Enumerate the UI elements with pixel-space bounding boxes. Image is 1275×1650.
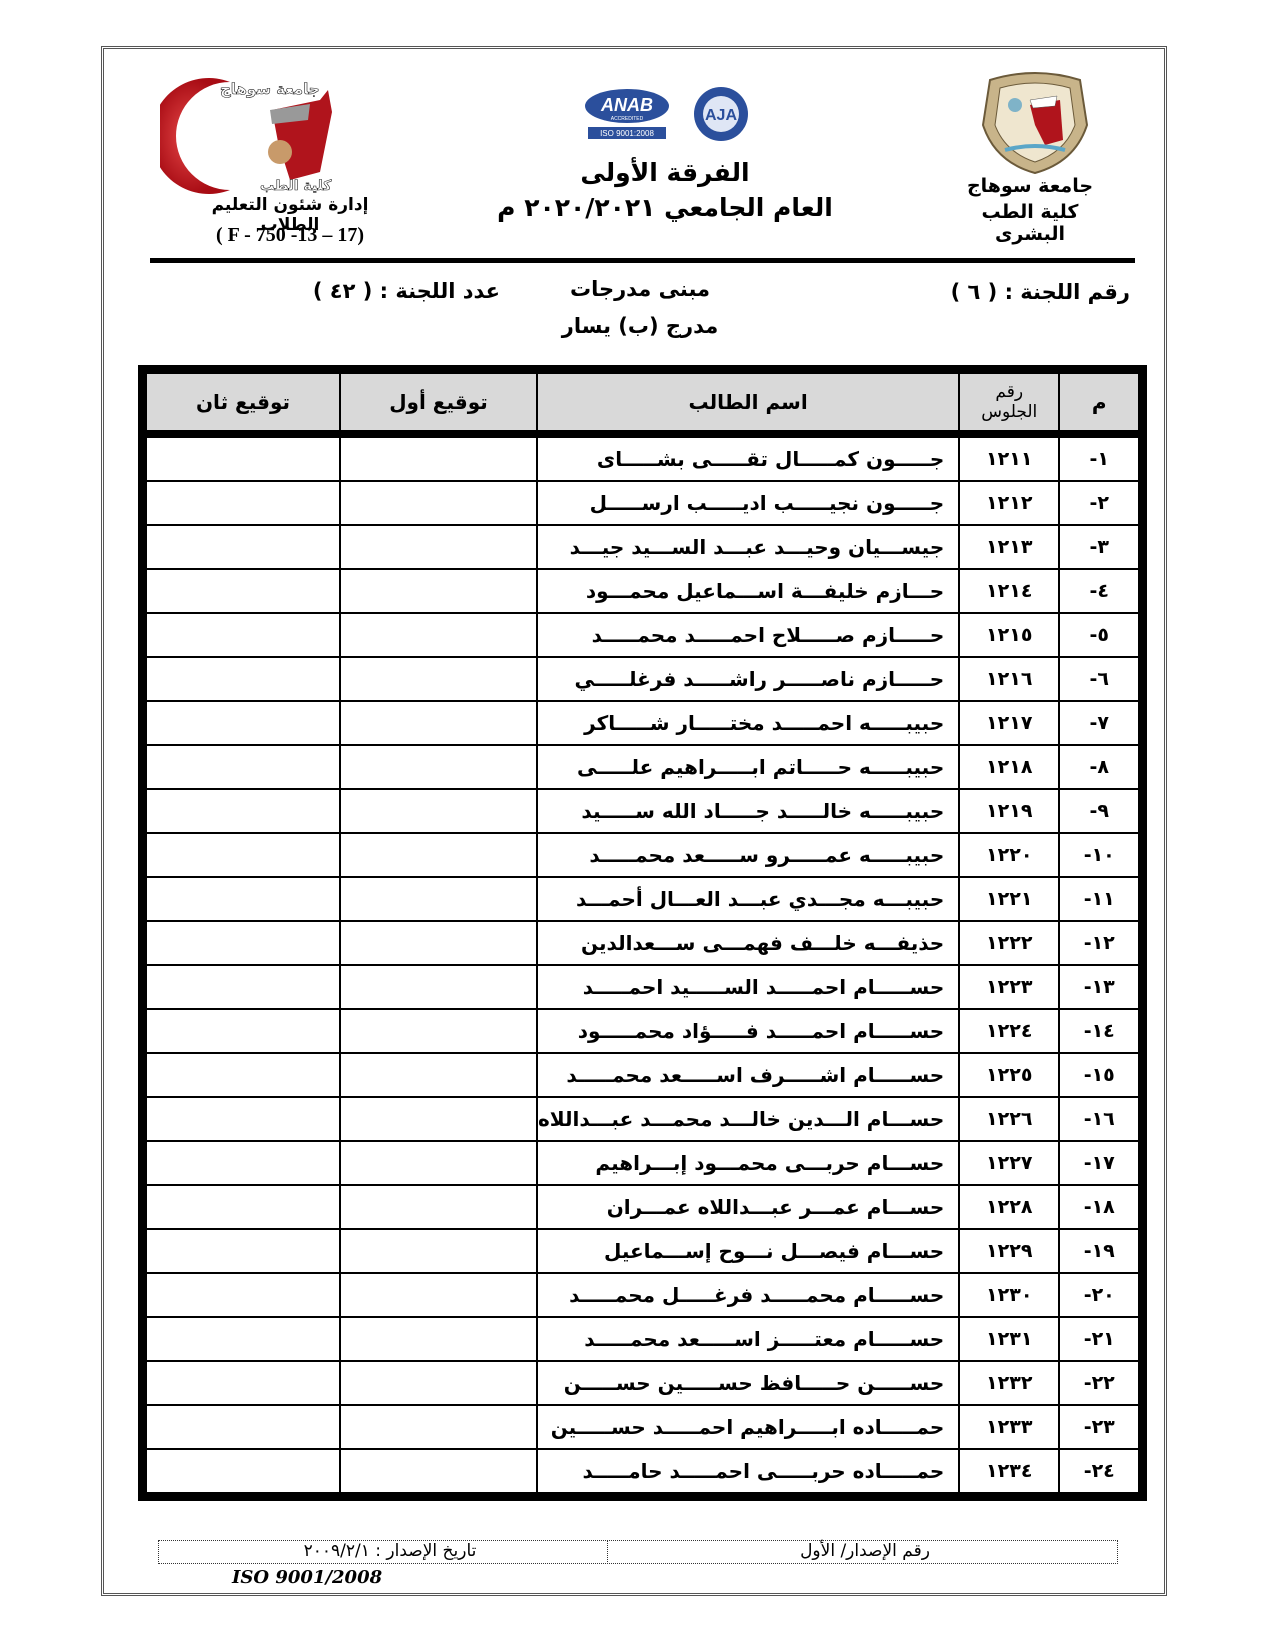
row-signature1[interactable] <box>340 657 537 701</box>
row-index: ١٧- <box>1059 1141 1143 1185</box>
table-row: ٥-١٢١٥حـــــازم صـــــلاح احمـــــد محمـ… <box>143 613 1143 657</box>
row-index: ٢٠- <box>1059 1273 1143 1317</box>
row-signature1[interactable] <box>340 1141 537 1185</box>
row-student-name: حمـــــاده حربـــــى احمـــــد حامـــــد <box>537 1449 959 1497</box>
iso-label: ISO 9001/2008 <box>232 1567 382 1588</box>
row-seat-number: ١٢١٧ <box>959 701 1059 745</box>
row-signature2[interactable] <box>143 833 341 877</box>
svg-text:AJA: AJA <box>705 107 737 124</box>
form-code: ( F - 750 -13 – 17) <box>185 224 395 247</box>
row-signature2[interactable] <box>143 434 341 481</box>
table-row: ١٠-١٢٢٠حبيبـــــه عمـــــرو ســـــعد محم… <box>143 833 1143 877</box>
row-seat-number: ١٢٣٢ <box>959 1361 1059 1405</box>
faculty-of-medicine-logo: جامعة سوهاج كلية الطب <box>160 72 350 197</box>
row-seat-number: ١٢٢١ <box>959 877 1059 921</box>
row-signature2[interactable] <box>143 1097 341 1141</box>
row-seat-number: ١٢٣٠ <box>959 1273 1059 1317</box>
footer-divider <box>607 1540 608 1564</box>
row-signature1[interactable] <box>340 434 537 481</box>
row-signature2[interactable] <box>143 789 341 833</box>
table-row: ٢٤-١٢٣٤حمـــــاده حربـــــى احمـــــد حا… <box>143 1449 1143 1497</box>
row-student-name: حذيفـــه خلـــف فهمـــى ســـعدالدين <box>537 921 959 965</box>
table-row: ١٩-١٢٢٩حســـام فيصـــل نـــوح إســـماعيل <box>143 1229 1143 1273</box>
row-seat-number: ١٢٢٨ <box>959 1185 1059 1229</box>
faculty-name: كلية الطب البشرى <box>945 201 1115 245</box>
row-seat-number: ١٢١٤ <box>959 569 1059 613</box>
col-header-seat: رقم الجلوس <box>959 370 1059 435</box>
table-row: ١٤-١٢٢٤حســـــام احمـــــد فـــــؤاد محم… <box>143 1009 1143 1053</box>
row-seat-number: ١٢٢٣ <box>959 965 1059 1009</box>
row-seat-number: ١٢٢٧ <box>959 1141 1059 1185</box>
row-signature2[interactable] <box>143 1449 341 1497</box>
row-signature2[interactable] <box>143 1361 341 1405</box>
row-student-name: حبيبـــــه خالـــــد جـــــاد الله ســــ… <box>537 789 959 833</box>
issue-date: تاريخ الإصدار : ٢٠٠٩/٢/١ <box>200 1541 580 1561</box>
row-signature1[interactable] <box>340 1405 537 1449</box>
row-seat-number: ١٢٢٥ <box>959 1053 1059 1097</box>
row-index: ٥- <box>1059 613 1143 657</box>
row-seat-number: ١٢٣٣ <box>959 1405 1059 1449</box>
row-signature1[interactable] <box>340 481 537 525</box>
row-index: ١٣- <box>1059 965 1143 1009</box>
row-student-name: حمـــــاده ابـــــراهيم احمـــــد حســــ… <box>537 1405 959 1449</box>
row-index: ٢٣- <box>1059 1405 1143 1449</box>
row-index: ٧- <box>1059 701 1143 745</box>
col-header-signature1: توقيع أول <box>340 370 537 435</box>
col-header-index: م <box>1059 370 1143 435</box>
row-index: ١٦- <box>1059 1097 1143 1141</box>
row-signature1[interactable] <box>340 965 537 1009</box>
row-seat-number: ١٢١٦ <box>959 657 1059 701</box>
row-student-name: حـــازم خليفـــة اســـماعيل محمـــود <box>537 569 959 613</box>
row-student-name: حبيبـــــه احمـــــد مختـــــار شـــــاك… <box>537 701 959 745</box>
table-row: ٤-١٢١٤حـــازم خليفـــة اســـماعيل محمـــ… <box>143 569 1143 613</box>
row-signature2[interactable] <box>143 921 341 965</box>
university-name: جامعة سوهاج <box>955 175 1105 197</box>
row-student-name: حســـام حربـــى محمـــود إبـــراهيم <box>537 1141 959 1185</box>
row-signature2[interactable] <box>143 657 341 701</box>
row-student-name: حبيبـــه مجـــدي عبـــد العـــال أحمـــد <box>537 877 959 921</box>
row-signature2[interactable] <box>143 1273 341 1317</box>
svg-text:ANAB: ANAB <box>600 95 653 115</box>
col-header-seat-line1: رقم <box>960 382 1058 402</box>
row-index: ١٩- <box>1059 1229 1143 1273</box>
table-row: ٢٣-١٢٣٣حمـــــاده ابـــــراهيم احمـــــد… <box>143 1405 1143 1449</box>
row-seat-number: ١٢١٥ <box>959 613 1059 657</box>
row-seat-number: ١٢٢٦ <box>959 1097 1059 1141</box>
table-row: ١٣-١٢٢٣حســـــام احمـــــد الســـــيد اح… <box>143 965 1143 1009</box>
sohag-university-emblem <box>975 70 1095 175</box>
row-signature1[interactable] <box>340 1317 537 1361</box>
col-header-seat-line2: الجلوس <box>960 402 1058 422</box>
aja-badge: AJA <box>683 85 759 143</box>
row-seat-number: ١٢٢٩ <box>959 1229 1059 1273</box>
row-signature2[interactable] <box>143 1053 341 1097</box>
row-signature1[interactable] <box>340 1053 537 1097</box>
row-signature1[interactable] <box>340 613 537 657</box>
row-index: ٤- <box>1059 569 1143 613</box>
table-row: ٧-١٢١٧حبيبـــــه احمـــــد مختـــــار شـ… <box>143 701 1143 745</box>
row-seat-number: ١٢٢٠ <box>959 833 1059 877</box>
academic-year: العام الجامعي ٢٠٢٠/٢٠٢١ م <box>480 193 850 222</box>
row-signature1[interactable] <box>340 1097 537 1141</box>
row-index: ١- <box>1059 434 1143 481</box>
row-index: ١٨- <box>1059 1185 1143 1229</box>
table-row: ٩-١٢١٩حبيبـــــه خالـــــد جـــــاد الله… <box>143 789 1143 833</box>
row-student-name: حســـــام اشـــــرف اســـــعد محمـــــد <box>537 1053 959 1097</box>
table-row: ١٢-١٢٢٢حذيفـــه خلـــف فهمـــى ســـعدالد… <box>143 921 1143 965</box>
col-header-name: اسم الطالب <box>537 370 959 435</box>
row-signature1[interactable] <box>340 745 537 789</box>
row-seat-number: ١٢٢٤ <box>959 1009 1059 1053</box>
row-index: ١٤- <box>1059 1009 1143 1053</box>
col-header-signature2: توقيع ثان <box>143 370 341 435</box>
row-student-name: حســـــام معتـــــز اســـــعد محمـــــد <box>537 1317 959 1361</box>
table-row: ١٦-١٢٢٦حســـام الـــدين خالـــد محمـــد … <box>143 1097 1143 1141</box>
table-row: ١-١٢١١جـــــون كمـــــال تقـــــى بشــــ… <box>143 434 1143 481</box>
row-signature1[interactable] <box>340 1185 537 1229</box>
row-signature2[interactable] <box>143 569 341 613</box>
row-index: ١٢- <box>1059 921 1143 965</box>
table-header-row: م رقم الجلوس اسم الطالب توقيع أول توقيع … <box>143 370 1143 435</box>
row-seat-number: ١٢٢٢ <box>959 921 1059 965</box>
row-signature1[interactable] <box>340 1361 537 1405</box>
svg-text:ACCREDITED: ACCREDITED <box>611 116 644 122</box>
row-seat-number: ١٢١٣ <box>959 525 1059 569</box>
row-student-name: حســـــن حـــــافظ حســـــين حســـــن <box>537 1361 959 1405</box>
row-signature2[interactable] <box>143 745 341 789</box>
table-row: ٢-١٢١٢جـــــون نجيـــــب اديـــــب ارســ… <box>143 481 1143 525</box>
row-index: ٢٢- <box>1059 1361 1143 1405</box>
row-signature2[interactable] <box>143 965 341 1009</box>
row-seat-number: ١٢٣٤ <box>959 1449 1059 1497</box>
row-seat-number: ١٢١١ <box>959 434 1059 481</box>
row-student-name: حســـــام احمـــــد فـــــؤاد محمـــــود <box>537 1009 959 1053</box>
row-seat-number: ١٢١٨ <box>959 745 1059 789</box>
row-student-name: جـــــون نجيـــــب اديـــــب ارســـــل <box>537 481 959 525</box>
table-row: ٣-١٢١٣جيســـيان وحيـــد عبـــد الســـيد … <box>143 525 1143 569</box>
row-seat-number: ١٢١٩ <box>959 789 1059 833</box>
anab-badge: ANAB ACCREDITED ISO 9001:2008 <box>582 86 672 142</box>
row-signature2[interactable] <box>143 1405 341 1449</box>
row-student-name: حســـام عمـــر عبـــداللاه عمـــران <box>537 1185 959 1229</box>
row-index: ٨- <box>1059 745 1143 789</box>
committee-count: عدد اللجنة : ( ٤٢ ) <box>300 279 500 303</box>
row-index: ١١- <box>1059 877 1143 921</box>
committee-number: رقم اللجنة : ( ٦ ) <box>930 280 1130 304</box>
svg-text:كلية الطب: كلية الطب <box>260 178 332 194</box>
row-signature1[interactable] <box>340 1009 537 1053</box>
row-signature2[interactable] <box>143 701 341 745</box>
row-signature1[interactable] <box>340 877 537 921</box>
row-signature2[interactable] <box>143 1229 341 1273</box>
row-signature2[interactable] <box>143 877 341 921</box>
row-student-name: حســـــام احمـــــد الســـــيد احمـــــد <box>537 965 959 1009</box>
row-index: ٩- <box>1059 789 1143 833</box>
table-row: ٢١-١٢٣١حســـــام معتـــــز اســـــعد محم… <box>143 1317 1143 1361</box>
row-signature1[interactable] <box>340 569 537 613</box>
row-student-name: حســـام فيصـــل نـــوح إســـماعيل <box>537 1229 959 1273</box>
attendance-table: م رقم الجلوس اسم الطالب توقيع أول توقيع … <box>138 365 1147 1501</box>
table-row: ٢٠-١٢٣٠حســـــام محمـــــد فرغـــــل محم… <box>143 1273 1143 1317</box>
row-student-name: حســـام الـــدين خالـــد محمـــد عبـــدا… <box>537 1097 959 1141</box>
row-student-name: جيســـيان وحيـــد عبـــد الســـيد جيـــد <box>537 525 959 569</box>
table-row: ٨-١٢١٨حبيبـــــه حـــــاتم ابـــــراهيم … <box>143 745 1143 789</box>
row-index: ١٥- <box>1059 1053 1143 1097</box>
row-index: ٦- <box>1059 657 1143 701</box>
table-row: ١٧-١٢٢٧حســـام حربـــى محمـــود إبـــراه… <box>143 1141 1143 1185</box>
row-signature1[interactable] <box>340 833 537 877</box>
row-signature2[interactable] <box>143 1009 341 1053</box>
table-row: ٦-١٢١٦حـــــازم ناصـــــر راشـــــد فرغل… <box>143 657 1143 701</box>
row-index: ٢١- <box>1059 1317 1143 1361</box>
issue-number: رقم الإصدار/ الأول <box>700 1541 1030 1561</box>
row-signature1[interactable] <box>340 1273 537 1317</box>
row-signature2[interactable] <box>143 613 341 657</box>
row-student-name: حـــــازم ناصـــــر راشـــــد فرغلـــــي <box>537 657 959 701</box>
table-row: ١١-١٢٢١حبيبـــه مجـــدي عبـــد العـــال … <box>143 877 1143 921</box>
row-index: ٣- <box>1059 525 1143 569</box>
row-signature2[interactable] <box>143 1185 341 1229</box>
year-level: الفرقة الأولى <box>520 158 810 187</box>
table-row: ١٥-١٢٢٥حســـــام اشـــــرف اســـــعد محم… <box>143 1053 1143 1097</box>
row-signature2[interactable] <box>143 481 341 525</box>
svg-text:ISO 9001:2008: ISO 9001:2008 <box>600 129 654 138</box>
row-index: ٢- <box>1059 481 1143 525</box>
row-signature1[interactable] <box>340 525 537 569</box>
row-signature2[interactable] <box>143 1317 341 1361</box>
building-name: مبنى مدرجات <box>540 277 740 301</box>
row-index: ٢٤- <box>1059 1449 1143 1497</box>
row-seat-number: ١٢١٢ <box>959 481 1059 525</box>
row-student-name: جـــــون كمـــــال تقـــــى بشـــــاى <box>537 434 959 481</box>
table-row: ١٨-١٢٢٨حســـام عمـــر عبـــداللاه عمـــر… <box>143 1185 1143 1229</box>
row-signature2[interactable] <box>143 1141 341 1185</box>
row-signature1[interactable] <box>340 921 537 965</box>
table-row: ٢٢-١٢٣٢حســـــن حـــــافظ حســـــين حســ… <box>143 1361 1143 1405</box>
row-signature1[interactable] <box>340 1449 537 1497</box>
row-student-name: حســـــام محمـــــد فرغـــــل محمـــــد <box>537 1273 959 1317</box>
row-student-name: حبيبـــــه عمـــــرو ســـــعد محمـــــد <box>537 833 959 877</box>
hall-name: مدرج (ب) يسار <box>540 314 740 338</box>
row-index: ١٠- <box>1059 833 1143 877</box>
row-signature1[interactable] <box>340 789 537 833</box>
row-student-name: حبيبـــــه حـــــاتم ابـــــراهيم علــــ… <box>537 745 959 789</box>
row-signature1[interactable] <box>340 1229 537 1273</box>
row-signature2[interactable] <box>143 525 341 569</box>
header-divider <box>150 258 1135 263</box>
row-signature1[interactable] <box>340 701 537 745</box>
row-seat-number: ١٢٣١ <box>959 1317 1059 1361</box>
row-student-name: حـــــازم صـــــلاح احمـــــد محمـــــد <box>537 613 959 657</box>
svg-text:جامعة سوهاج: جامعة سوهاج <box>220 80 320 98</box>
